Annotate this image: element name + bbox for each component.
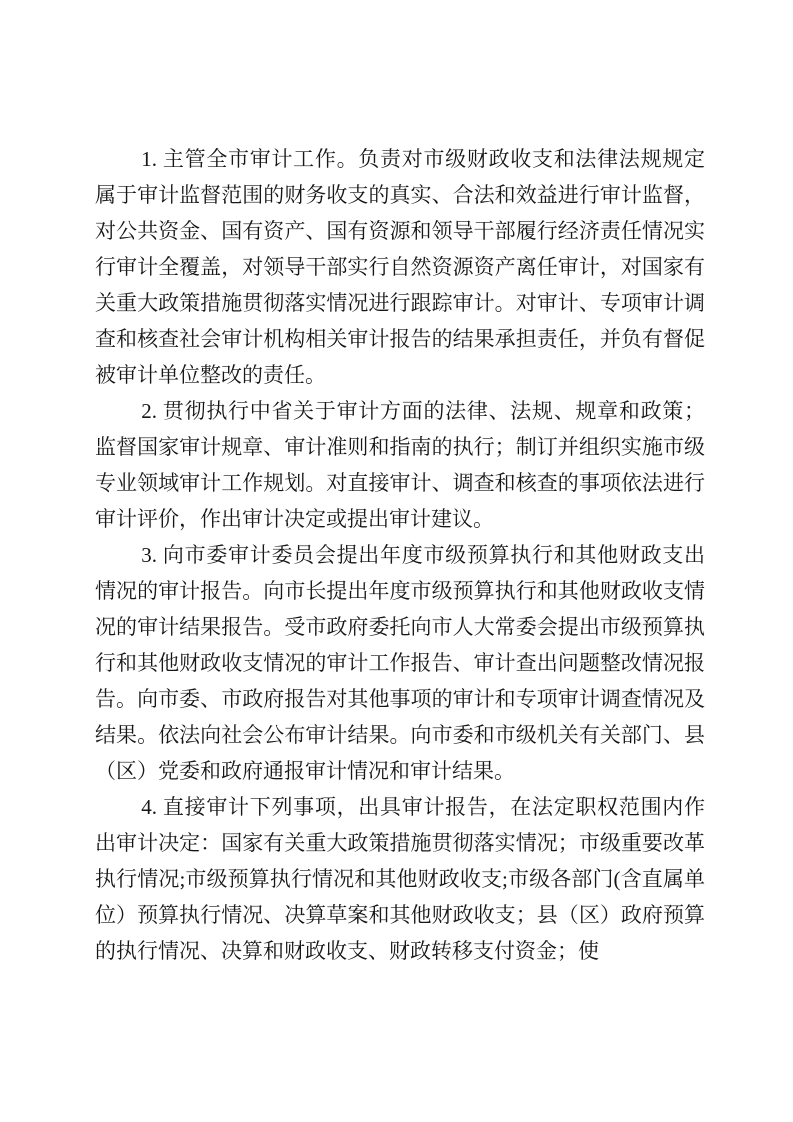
document-page: 1. 主管全市审计工作。负责对市级财政收支和法律法规规定属于审计监督范围的财务收… — [0, 0, 793, 1122]
paragraph-2-laws-and-regulations: 2. 贯彻执行中省关于审计方面的法律、法规、规章和政策；监督国家审计规章、审计准… — [95, 393, 705, 537]
document-body: 1. 主管全市审计工作。负责对市级财政收支和法律法规规定属于审计监督范围的财务收… — [95, 141, 705, 969]
paragraph-4-direct-audit-items: 4. 直接审计下列事项，出具审计报告，在法定职权范围内作出审计决定：国家有关重大… — [95, 789, 705, 969]
paragraph-1-audit-responsibility: 1. 主管全市审计工作。负责对市级财政收支和法律法规规定属于审计监督范围的财务收… — [95, 141, 705, 393]
paragraph-3-audit-reports: 3. 向市委审计委员会提出年度市级预算执行和其他财政支出情况的审计报告。向市长提… — [95, 537, 705, 789]
